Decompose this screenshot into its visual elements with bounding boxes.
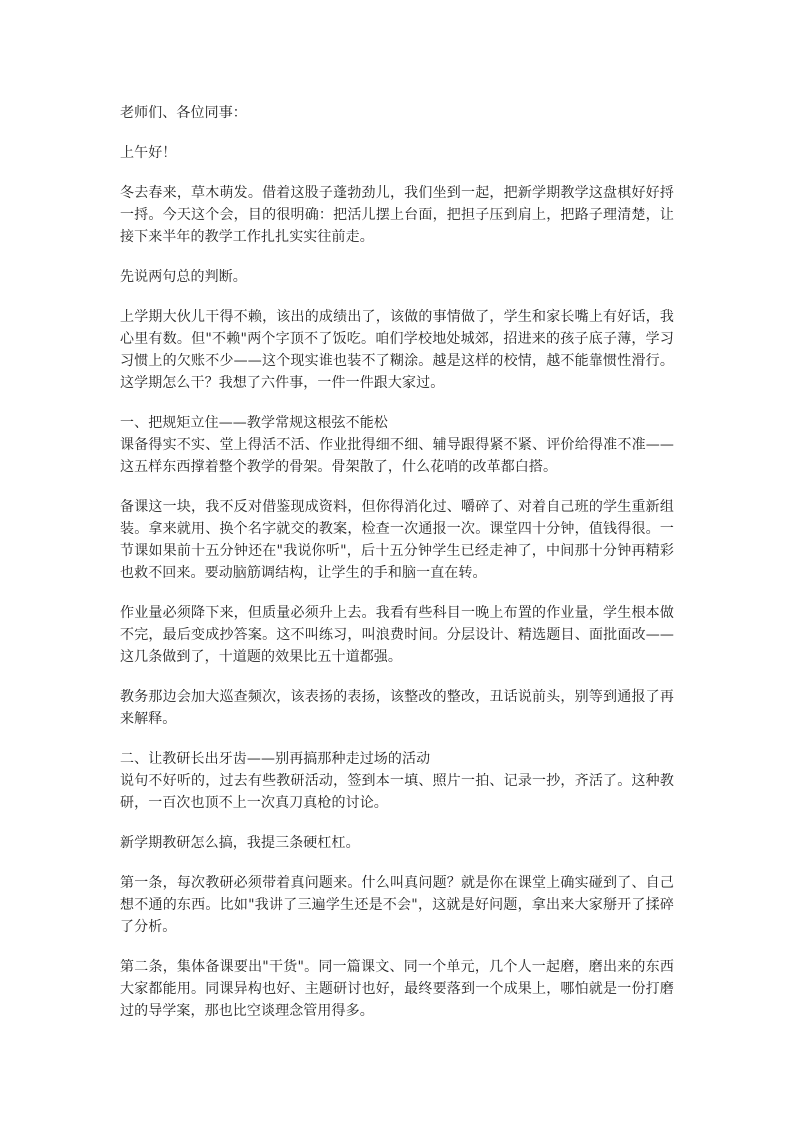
document-page: 老师们、各位同事： 上午好！ 冬去春来，草木萌发。借着这股子蓬勃劲儿，我们坐到一…: [120, 102, 674, 1040]
section-paragraph: 新学期教研怎么搞，我提三条硬杠杠。: [120, 832, 674, 854]
section-heading: 二、让教研长出牙齿——别再搞那种走过场的活动: [120, 748, 674, 770]
intro-paragraph: 冬去春来，草木萌发。借着这股子蓬勃劲儿，我们坐到一起，把新学期教学这盘棋好好捋一…: [120, 182, 674, 248]
section-2: 二、让教研长出牙齿——别再搞那种走过场的活动 说句不好听的，过去有些教研活动，签…: [120, 748, 674, 1022]
summary-lead: 先说两句总的判断。: [120, 266, 674, 288]
section-paragraph: 教务那边会加大巡查频次，该表扬的表扬，该整改的整改，丑话说前头，别等到通报了再来…: [120, 686, 674, 730]
section-paragraph: 第二条，集体备课要出"干货"。同一篇课文、同一个单元，几个人一起磨，磨出来的东西…: [120, 956, 674, 1022]
salutation: 上午好！: [120, 142, 674, 164]
section-paragraph: 说句不好听的，过去有些教研活动，签到本一填、照片一拍、记录一抄，齐活了。这种教研…: [120, 770, 674, 814]
section-heading: 一、把规矩立住——教学常规这根弦不能松: [120, 412, 674, 434]
section-1: 一、把规矩立住——教学常规这根弦不能松 课备得实不实、堂上得活不活、作业批得细不…: [120, 412, 674, 730]
greeting: 老师们、各位同事：: [120, 102, 674, 124]
section-paragraph: 课备得实不实、堂上得活不活、作业批得细不细、辅导跟得紧不紧、评价给得准不准——这…: [120, 434, 674, 478]
section-paragraph: 第一条，每次教研必须带着真问题来。什么叫真问题？就是你在课堂上确实碰到了、自己想…: [120, 872, 674, 938]
review-paragraph: 上学期大伙儿干得不赖，该出的成绩出了，该做的事情做了，学生和家长嘴上有好话，我心…: [120, 306, 674, 394]
section-paragraph: 备课这一块，我不反对借鉴现成资料，但你得消化过、嚼碎了、对着自己班的学生重新组装…: [120, 496, 674, 584]
section-paragraph: 作业量必须降下来，但质量必须升上去。我看有些科目一晚上布置的作业量，学生根本做不…: [120, 602, 674, 668]
